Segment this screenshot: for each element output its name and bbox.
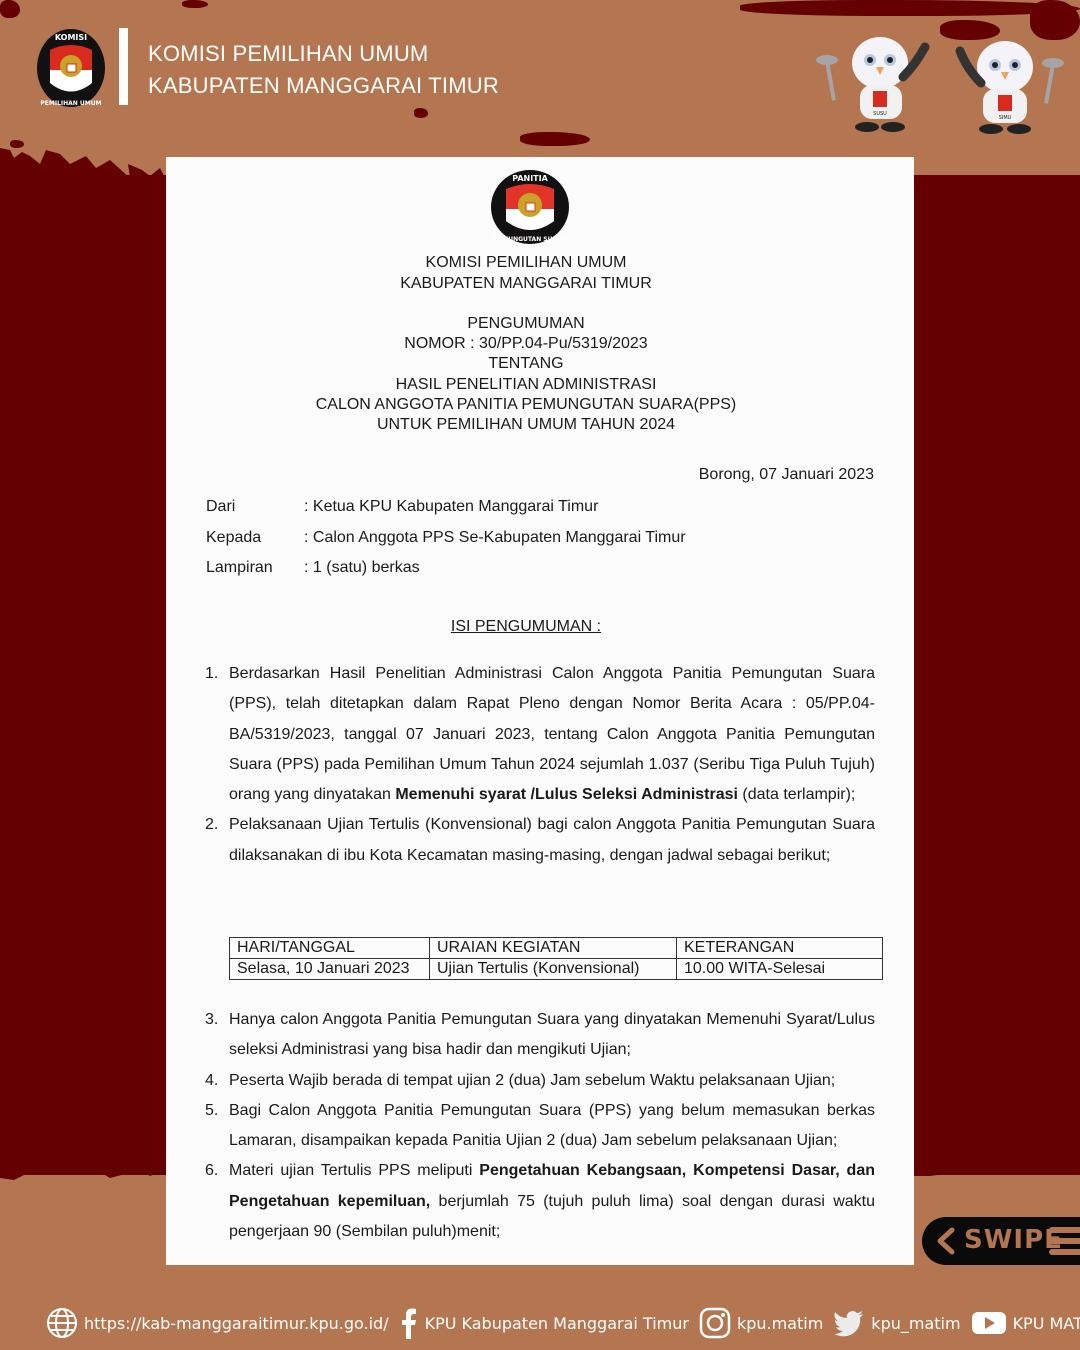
- meta-row-dari: Dari : Ketua KPU Kabupaten Manggarai Tim…: [206, 496, 866, 527]
- footer-facebook[interactable]: KPU Kabupaten Manggarai Timur: [399, 1307, 689, 1339]
- svg-text:SIMU: SIMU: [999, 115, 1012, 121]
- letter-meta: Dari : Ketua KPU Kabupaten Manggarai Tim…: [206, 496, 866, 588]
- youtube-icon: [971, 1307, 1007, 1339]
- table-row: Selasa, 10 Januari 2023 Ujian Tertulis (…: [230, 959, 883, 980]
- schedule-table: HARI/TANGGAL URAIAN KEGIATAN KETERANGAN …: [229, 937, 883, 980]
- announcement-list-part2: 3. Hanya calon Anggota Panitia Pemunguta…: [205, 1005, 875, 1247]
- decorative-splat: [182, 0, 208, 8]
- header-title-line1: KOMISI PEMILIHAN UMUM: [148, 38, 499, 70]
- table-header-row: HARI/TANGGAL URAIAN KEGIATAN KETERANGAN: [230, 938, 883, 959]
- svg-text:KOMISI: KOMISI: [55, 33, 87, 42]
- document-org-header: KOMISI PEMILIHAN UMUM KABUPATEN MANGGARA…: [166, 253, 886, 294]
- decorative-splat: [520, 132, 590, 146]
- list-item: 5. Bagi Calon Anggota Panitia Pemungutan…: [205, 1096, 875, 1157]
- mascots-illustration: SUSU SIMU: [815, 25, 1065, 135]
- svg-text:SUSU: SUSU: [873, 111, 887, 117]
- place-date: Borong, 07 Januari 2023: [699, 466, 874, 484]
- list-item: 6. Materi ujian Tertulis PPS meliputi Pe…: [205, 1156, 875, 1247]
- announcement-document: PANITIA PEMUNGUTAN SUARA KOMISI PEMILIHA…: [166, 157, 914, 1265]
- chevron-left-icon: [934, 1227, 956, 1255]
- section-heading: ISI PENGUMUMAN :: [166, 618, 886, 636]
- list-item: 1. Berdasarkan Hasil Penelitian Administ…: [205, 659, 875, 810]
- footer-twitter[interactable]: kpu_matim: [833, 1307, 960, 1339]
- globe-icon: [46, 1307, 78, 1339]
- org-line2: KABUPATEN MANGGARAI TIMUR: [166, 274, 886, 295]
- twitter-icon: [833, 1307, 865, 1339]
- title-line: CALON ANGGOTA PANITIA PEMUNGUTAN SUARA(P…: [166, 395, 886, 415]
- decorative-splat: [740, 0, 1080, 16]
- title-line: TENTANG: [166, 354, 886, 374]
- decorative-splat: [0, 0, 20, 18]
- header-title-line2: KABUPATEN MANGGARAI TIMUR: [148, 70, 499, 102]
- pps-logo: PANITIA PEMUNGUTAN SUARA: [489, 169, 571, 245]
- meta-row-lampiran: Lampiran : 1 (satu) berkas: [206, 557, 866, 588]
- speed-lines-icon: [1049, 1227, 1080, 1260]
- title-line: NOMOR : 30/PP.04-Pu/5319/2023: [166, 334, 886, 354]
- svg-text:PANITIA: PANITIA: [512, 174, 548, 183]
- instagram-icon: [699, 1307, 731, 1339]
- header-title: KOMISI PEMILIHAN UMUM KABUPATEN MANGGARA…: [148, 38, 499, 102]
- title-line: UNTUK PEMILIHAN UMUM TAHUN 2024: [166, 415, 886, 435]
- document-title: PENGUMUMAN NOMOR : 30/PP.04-Pu/5319/2023…: [166, 314, 886, 435]
- svg-text:PEMILIHAN UMUM: PEMILIHAN UMUM: [40, 100, 101, 107]
- list-item: 3. Hanya calon Anggota Panitia Pemunguta…: [205, 1005, 875, 1066]
- list-item: 4. Peserta Wajib berada di tempat ujian …: [205, 1066, 875, 1096]
- decorative-splat: [414, 108, 428, 118]
- footer-contacts: https://kab-manggaraitimur.kpu.go.id/ KP…: [46, 1305, 1080, 1341]
- footer-instagram[interactable]: kpu.matim: [699, 1307, 823, 1339]
- swipe-button[interactable]: SWIPE: [922, 1217, 1080, 1265]
- header-divider: [119, 28, 128, 105]
- announcement-list-part1: 1. Berdasarkan Hasil Penelitian Administ…: [205, 659, 875, 871]
- kpu-logo: KOMISI PEMILIHAN UMUM: [36, 28, 106, 108]
- svg-text:PEMUNGUTAN SUARA: PEMUNGUTAN SUARA: [494, 236, 567, 243]
- list-item: 2. Pelaksanaan Ujian Tertulis (Konvensio…: [205, 810, 875, 871]
- footer-youtube[interactable]: KPU MATIM: [971, 1307, 1080, 1339]
- facebook-icon: [399, 1307, 419, 1339]
- decorative-splat: [10, 140, 24, 148]
- meta-row-kepada: Kepada : Calon Anggota PPS Se-Kabupaten …: [206, 527, 866, 558]
- title-line: HASIL PENELITIAN ADMINISTRASI: [166, 375, 886, 395]
- footer-website[interactable]: https://kab-manggaraitimur.kpu.go.id/: [46, 1307, 389, 1339]
- org-line1: KOMISI PEMILIHAN UMUM: [166, 253, 886, 274]
- title-line: PENGUMUMAN: [166, 314, 886, 334]
